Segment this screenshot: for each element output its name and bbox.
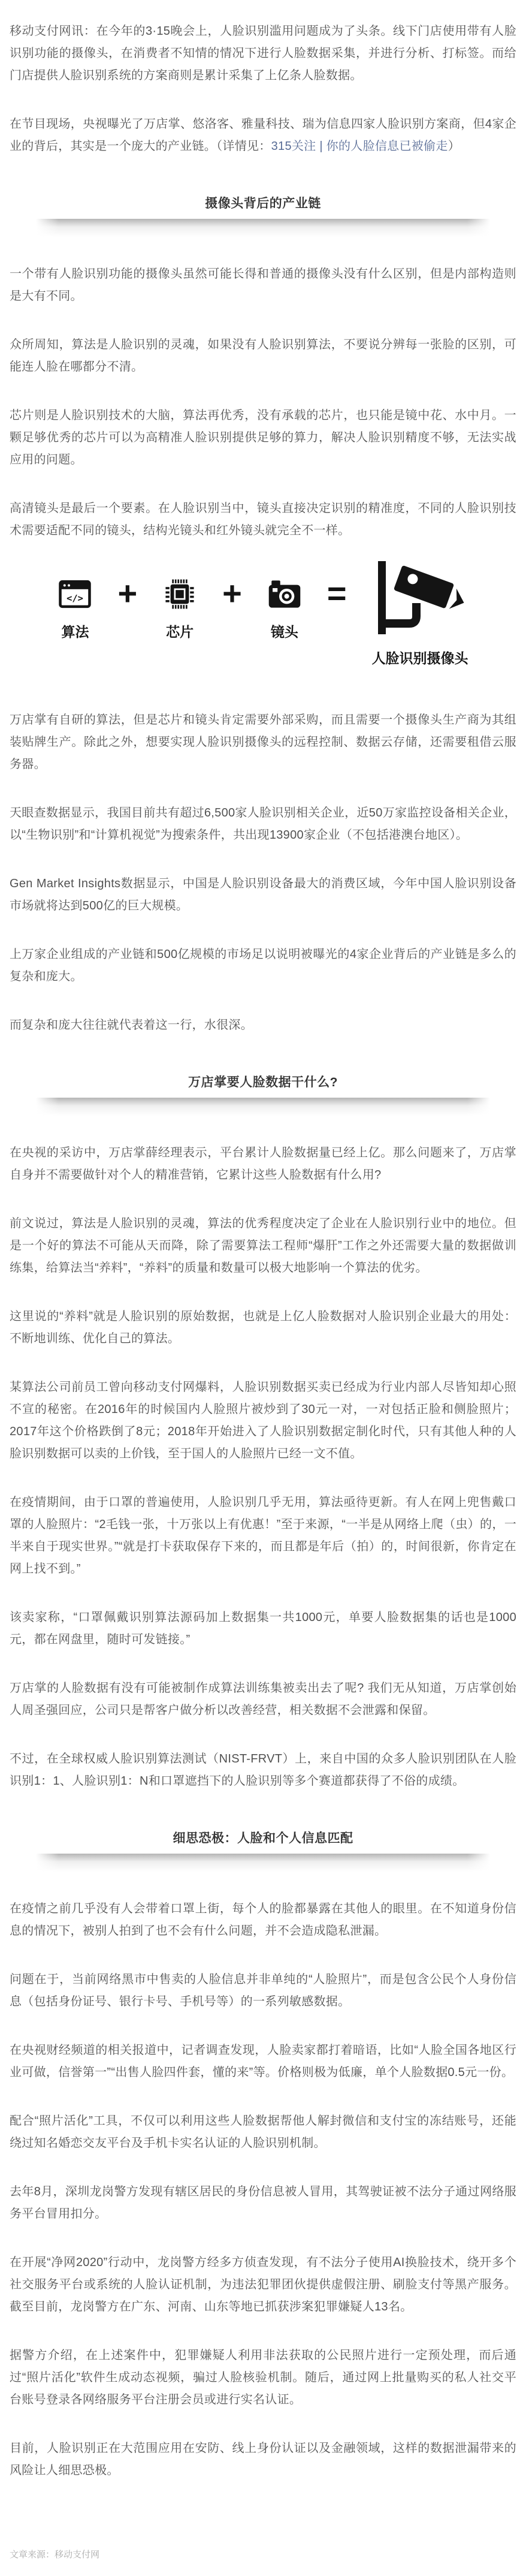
section2-paragraph-8: 不过，在全球权威人脸识别算法测试（NIST-FRVT）上，来自中国的众多人脸识别…	[10, 1748, 516, 1792]
section1-paragraph-1: 一个带有人脸识别功能的摄像头虽然可能长得和普通的摄像头没有什么区别，但是内部构造…	[10, 263, 516, 308]
section3-paragraph-2: 问题在于，当前网络黑市中售卖的人脸信息并非单纯的“人脸照片”，而是包含公民个人身…	[10, 1969, 516, 2013]
section1-paragraph-3: 芯片则是人脸识别技术的大脑，算法再优秀，没有承载的芯片，也只能是镜中花、水中月。…	[10, 405, 516, 471]
intro-paragraph-2: 在节目现场，央视曝光了万店掌、悠洛客、雅量科技、瑞为信息四家人脸识别方案商，但4…	[10, 113, 516, 158]
lens-icon	[267, 577, 302, 611]
related-article-link[interactable]: 315关注 | 你的人脸信息已被偷走	[271, 140, 448, 153]
section1-paragraph-2: 众所周知，算法是人脸识别的灵魂，如果没有人脸识别算法，不要说分辨每一张脸的区别，…	[10, 334, 516, 378]
diagram-item-chip: 芯片	[162, 577, 197, 641]
section3-paragraph-8: 目前，人脸识别正在大范围应用在安防、线上身份认证以及金融领域，这样的数据泄漏带来…	[10, 2438, 516, 2482]
section3-paragraph-4: 配合“照片活化”工具，不仅可以利用这些人脸数据帮他人解封微信和支付宝的冻结账号，…	[10, 2110, 516, 2155]
section3-paragraph-5: 去年8月，深圳龙岗警方发现有辖区居民的身份信息被人冒用，其驾驶证被不法分子通过网…	[10, 2181, 516, 2225]
diagram-label-lens: 镜头	[271, 621, 298, 641]
intro-paragraph-2-close: ）	[448, 140, 460, 153]
section2-paragraph-7: 万店掌的人脸数据有没有可能被制作成算法训练集被卖出去了呢? 我们无从知道，万店掌…	[10, 1677, 516, 1722]
section2-paragraph-2: 前文说过，算法是人脸识别的灵魂，算法的优秀程度决定了企业在人脸识别行业中的地位。…	[10, 1213, 516, 1279]
diagram-item-result: 人脸识别摄像头	[372, 561, 468, 667]
section3-paragraph-1: 在疫情之前几乎没有人会带着口罩上街，每个人的脸都暴露在其他人的眼里。在不知道身份…	[10, 1898, 516, 1942]
section1-paragraph-7: Gen Market Insights数据显示，中国是人脸识别设备最大的消费区域…	[10, 873, 516, 917]
section1-paragraph-9: 而复杂和庞大往往就代表着这一行，水很深。	[10, 1014, 516, 1037]
section2-title: 万店掌要人脸数据干什么?	[10, 1072, 516, 1090]
section2-paragraph-5: 在疫情期间，由于口罩的普遍使用，人脸识别几乎无用，算法亟待更新。有人在网上兜售戴…	[10, 1492, 516, 1580]
diagram-label-result: 人脸识别摄像头	[372, 647, 468, 667]
plus-icon: +	[117, 577, 137, 610]
article-content: 移动支付网讯：在今年的3·15晚会上，人脸识别滥用问题成为了头条。线下门店使用带…	[0, 20, 526, 2482]
section1-title: 摄像头背后的产业链	[10, 194, 516, 212]
chip-icon	[162, 577, 197, 611]
section3-title-shadow	[36, 1854, 490, 1872]
intro-paragraph-1: 移动支付网讯：在今年的3·15晚会上，人脸识别滥用问题成为了头条。线下门店使用带…	[10, 20, 516, 87]
section2-paragraph-4: 某算法公司前员工曾向移动支付网爆料，人脸识别数据买卖已经成为行业内部人尽皆知却心…	[10, 1376, 516, 1465]
section1-paragraph-5: 万店掌有自研的算法，但是芯片和镜头肯定需要外部采购，而且需要一个摄像头生产商为其…	[10, 709, 516, 776]
section2-paragraph-1: 在央视的采访中，万店掌薛经理表示，平台累计人脸数据量已经上亿。那么问题来了，万店…	[10, 1142, 516, 1186]
article-source: 文章来源：移动支付网	[0, 2548, 526, 2560]
section2-paragraph-3: 这里说的“养料”就是人脸识别的原始数据，也就是上亿人脸数据对人脸识别企业最大的用…	[10, 1306, 516, 1350]
section2-title-shadow	[36, 1098, 490, 1116]
section1-title-shadow	[36, 219, 490, 237]
camera-formula-diagram: </> 算法 +	[10, 577, 516, 667]
section3-paragraph-7: 据警方介绍，在上述案件中，犯罪嫌疑人利用非法获取的公民照片进行一定预处理，而后通…	[10, 2345, 516, 2411]
section2-paragraph-6: 该卖家称，“口罩佩戴识别算法源码加上数据集一共1000元，单要人脸数据集的话也是…	[10, 1607, 516, 1651]
plus-icon: +	[222, 577, 242, 610]
section3-paragraph-3: 在央视财经频道的相关报道中，记者调查发现，人脸卖家都打着暗语，比如“人脸全国各地…	[10, 2039, 516, 2084]
section3-paragraph-6: 在开展“净网2020”行动中，龙岗警方经多方侦查发现，有不法分子使用AI换脸技术…	[10, 2252, 516, 2318]
section3-header: 细思恐极：人脸和个人信息匹配	[10, 1828, 516, 1872]
diagram-item-algorithm: </> 算法	[58, 577, 92, 641]
cctv-camera-icon	[374, 561, 465, 638]
diagram-label-chip: 芯片	[166, 621, 194, 641]
algorithm-icon: </>	[58, 577, 92, 611]
section3-title: 细思恐极：人脸和个人信息匹配	[10, 1828, 516, 1846]
equals-icon: =	[327, 577, 347, 610]
section1-paragraph-4: 高清镜头是最后一个要素。在人脸识别当中，镜头直接决定识别的精准度，不同的人脸识别…	[10, 498, 516, 542]
svg-text:</>: </>	[67, 593, 84, 604]
section1-paragraph-8: 上万家企业组成的产业链和500亿规模的市场足以说明被曝光的4家企业背后的产业链是…	[10, 944, 516, 988]
diagram-label-algorithm: 算法	[61, 621, 89, 641]
article-page: 移动支付网讯：在今年的3·15晚会上，人脸识别滥用问题成为了头条。线下门店使用带…	[0, 0, 526, 2576]
section1-header: 摄像头背后的产业链	[10, 194, 516, 237]
section1-paragraph-6: 天眼查数据显示，我国目前共有超过6,500家人脸识别相关企业，近50万家监控设备…	[10, 802, 516, 846]
section2-header: 万店掌要人脸数据干什么?	[10, 1072, 516, 1116]
diagram-item-lens: 镜头	[267, 577, 302, 641]
